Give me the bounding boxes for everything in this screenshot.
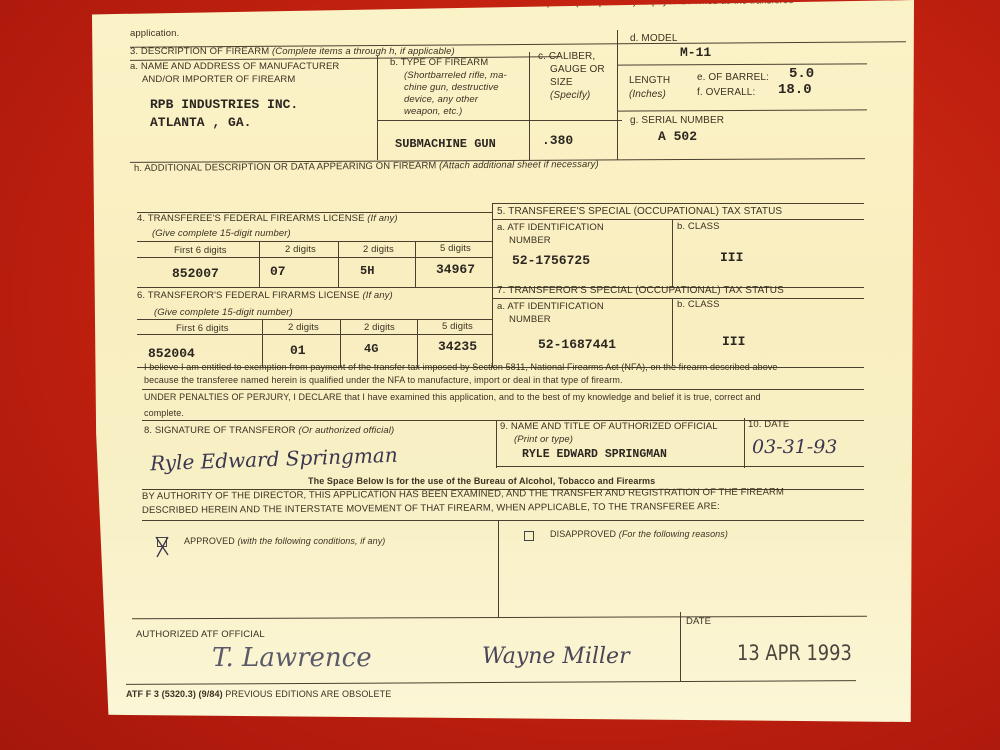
atf-official-signature-2: Wayne Miller (482, 644, 630, 669)
field-3d-label: d. MODEL (630, 33, 677, 44)
serial-number-value: A 502 (658, 129, 697, 144)
divider (142, 520, 864, 521)
divider (340, 319, 341, 367)
atf-date-label: DATE (686, 616, 711, 627)
section6-title-text: 6. TRANSFEROR'S FEDERAL FIRARMS LICENSE (137, 290, 360, 301)
overall-length-label: f. OVERALL: (697, 87, 755, 98)
divider (377, 56, 378, 160)
field-3b-note3: device, any other (404, 94, 478, 105)
exemption-text-line1: I believe I am entitled to exemption fro… (144, 362, 778, 372)
section4-title-text: 4. TRANSFEREE'S FEDERAL FIREARMS LICENSE (137, 213, 365, 224)
section6-subnote: (Give complete 15-digit number) (154, 307, 293, 318)
divider (415, 241, 416, 287)
divider (137, 257, 492, 258)
field-3b-note2: chine gun, destructive (404, 82, 499, 93)
transferee-atf-id: 52-1756725 (512, 253, 590, 268)
section3-title: 3. DESCRIPTION OF FIREARM (Complete item… (130, 46, 455, 57)
section3-title-text: 3. DESCRIPTION OF FIREARM (130, 46, 269, 57)
section7-a-label: a. ATF IDENTIFICATION (497, 301, 604, 312)
manufacturer-address: ATLANTA , GA. (150, 115, 251, 130)
length-label: LENGTH (629, 75, 670, 86)
field-3c-label1: c. CALIBER, (538, 51, 595, 62)
field-3c-note: (Specify) (550, 90, 590, 101)
transferee-ffl-part2: 07 (270, 264, 286, 279)
disapproved-checkbox[interactable] (524, 531, 534, 541)
field-3c-label3: SIZE (550, 77, 573, 88)
transferee-class: III (720, 250, 743, 265)
transferor-ffl-part2: 01 (290, 343, 306, 358)
disapproved-note: (For the following reasons) (619, 529, 728, 539)
transferor-atf-id: 52-1687441 (538, 337, 616, 352)
transferor-ffl-part3: 4G (364, 342, 378, 356)
perjury-text-line1: UNDER PENALTIES OF PERJURY, I DECLARE th… (144, 392, 761, 402)
exemption-text-line2: because the transferee named herein is q… (144, 375, 623, 385)
disapproved-label-text: DISAPPROVED (550, 529, 616, 539)
divider (377, 120, 622, 121)
section9-label: 9. NAME AND TITLE OF AUTHORIZED OFFICIAL (500, 421, 718, 432)
transferor-ffl-part1: 852004 (148, 346, 195, 361)
field-3b-label: b. TYPE OF FIREARM (390, 57, 488, 68)
transferee-ffl-part3: 5H (360, 264, 374, 278)
section5-title: 5. TRANSFEREE'S SPECIAL (OCCUPATIONAL) T… (497, 206, 782, 217)
section4-title-note: (If any) (367, 213, 397, 224)
form-id: ATF F 3 (5320.3) (9/84) (126, 689, 223, 699)
divider (137, 241, 492, 242)
form-footer: ATF F 3 (5320.3) (9/84) PREVIOUS EDITION… (126, 689, 391, 699)
divider (338, 241, 339, 287)
approved-label-text: APPROVED (184, 536, 235, 546)
divider (617, 109, 867, 111)
section7-a-label2: NUMBER (509, 314, 551, 325)
divider (617, 63, 867, 65)
field-3c-label2: GAUGE OR (550, 64, 605, 75)
divider (262, 319, 263, 367)
firearm-type: SUBMACHINE GUN (395, 137, 496, 151)
intro-text-line2: application. (130, 28, 179, 39)
transferor-class: III (722, 334, 745, 349)
field-3b-note4: weapon, etc.) (404, 106, 462, 117)
section4-title: 4. TRANSFEREE'S FEDERAL FIREARMS LICENSE… (137, 213, 398, 224)
caliber-value: .380 (542, 133, 573, 148)
section7-title: 7. TRANSFEROR'S SPECIAL (OCCUPATIONAL) T… (497, 285, 784, 296)
section6-col-header: 5 digits (442, 321, 473, 332)
approved-checkbox[interactable] (157, 537, 167, 547)
divider (744, 418, 745, 468)
divider (672, 219, 673, 287)
divider (259, 241, 260, 287)
field-3a-label2: AND/OR IMPORTER OF FIREARM (142, 74, 295, 85)
model-value: M-11 (680, 45, 711, 60)
section6-title: 6. TRANSFEROR'S FEDERAL FIRARMS LICENSE … (137, 290, 393, 301)
section10-label: 10. DATE (748, 419, 789, 430)
intro-text-line1: Firearms Act to transfer, without paymen… (130, 0, 794, 13)
atf-approval-date-stamp: 13 APR 1993 (737, 641, 852, 665)
transferee-ffl-part1: 852007 (172, 266, 219, 281)
divider (496, 420, 497, 468)
divider (132, 616, 867, 620)
section4-col-header: 2 digits (363, 244, 394, 255)
section7-b-label: b. CLASS (677, 299, 720, 310)
length-note: (Inches) (629, 89, 666, 100)
section5-a-label2: NUMBER (509, 235, 551, 246)
barrel-length-label: e. OF BARREL: (697, 72, 769, 83)
form-obsolete-note: PREVIOUS EDITIONS ARE OBSOLETE (225, 689, 391, 699)
authority-text-line2: DESCRIBED HEREIN AND THE INTERSTATE MOVE… (142, 501, 720, 516)
section4-col-header: First 6 digits (174, 245, 227, 256)
disapproved-label: DISAPPROVED (For the following reasons) (550, 529, 728, 539)
approved-note: (with the following conditions, if any) (237, 536, 385, 546)
atf-official-label: AUTHORIZED ATF OFFICIAL (136, 629, 265, 640)
divider (137, 319, 492, 320)
authorized-official-name: RYLE EDWARD SPRINGMAN (522, 448, 667, 461)
perjury-text-line2: complete. (144, 408, 184, 418)
divider (498, 520, 499, 618)
manufacturer-name: RPB INDUSTRIES INC. (150, 97, 298, 112)
divider (137, 334, 492, 335)
section8-label: 8. SIGNATURE OF TRANSFEROR (Or authorize… (144, 425, 394, 436)
section6-col-header: 2 digits (288, 322, 319, 333)
divider (492, 203, 864, 204)
section3-title-note: (Complete items a through h, if applicab… (272, 46, 455, 57)
transferee-ffl-part4: 34967 (436, 262, 475, 277)
field-3h-label-text: h. ADDITIONAL DESCRIPTION OR DATA APPEAR… (134, 160, 437, 174)
barrel-length-value: 5.0 (789, 66, 814, 82)
section5-b-label: b. CLASS (677, 221, 720, 232)
divider (672, 298, 673, 366)
section8-note: (Or authorized official) (298, 425, 394, 436)
section6-title-note: (If any) (362, 290, 392, 301)
section5-a-label: a. ATF IDENTIFICATION (497, 222, 604, 233)
divider (417, 319, 418, 367)
transferor-signature: Ryle Edward Springman (150, 443, 398, 476)
field-3g-label: g. SERIAL NUMBER (630, 115, 724, 126)
field-3h-note: (Attach additional sheet if necessary) (439, 159, 599, 171)
divider (492, 219, 864, 220)
section4-col-header: 2 digits (285, 244, 316, 255)
divider (529, 52, 530, 160)
field-3a-label: a. NAME AND ADDRESS OF MANUFACTURER (130, 61, 339, 72)
section4-subnote: (Give complete 15-digit number) (152, 228, 291, 239)
overall-length-value: 18.0 (778, 82, 812, 98)
divider (142, 389, 864, 390)
section4-col-header: 5 digits (440, 243, 471, 254)
divider (496, 466, 864, 467)
field-3b-note1: (Shortbarreled rifle, ma- (404, 70, 507, 81)
divider (492, 203, 493, 368)
section8-label-text: 8. SIGNATURE OF TRANSFEROR (144, 425, 296, 436)
check-mark-icon (154, 535, 172, 559)
atf-form-3-document: Firearms Act to transfer, without paymen… (92, 0, 914, 722)
divider (126, 680, 856, 685)
divider (617, 30, 618, 160)
atf-official-signature-1: T. Lawrence (212, 643, 372, 673)
approved-label: APPROVED (with the following conditions,… (184, 536, 385, 546)
section6-col-header: 2 digits (364, 322, 395, 333)
section6-col-header: First 6 digits (176, 323, 229, 334)
divider (680, 612, 681, 682)
transferor-ffl-part4: 34235 (438, 339, 477, 354)
section9-note: (Print or type) (514, 434, 573, 445)
transferor-date: 03-31-93 (752, 436, 837, 458)
atf-use-banner: The Space Below Is for the use of the Bu… (308, 476, 655, 486)
